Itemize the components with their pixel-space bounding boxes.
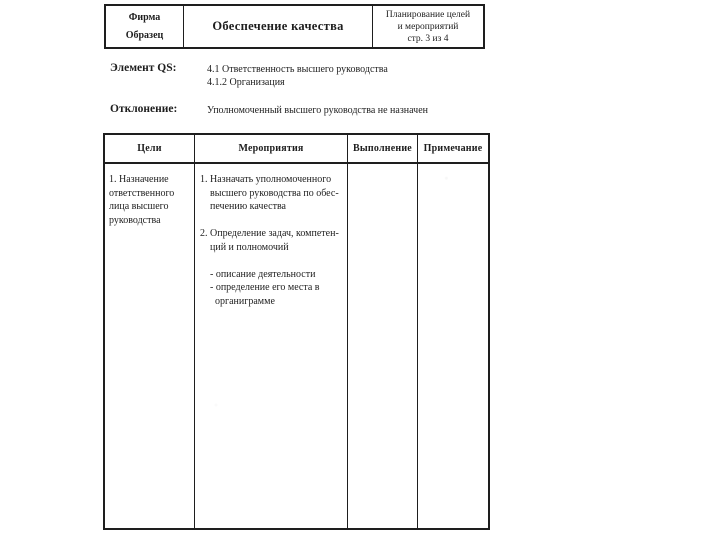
document-subject-and-page: Планирование целей и мероприятий стр. 3 … bbox=[386, 9, 470, 45]
deviation-label: Отклонение: bbox=[110, 103, 177, 115]
measures-cell: 1. Назначать уполномоченного высшего рук… bbox=[195, 164, 348, 528]
goals-measures-table: Цели Мероприятия Выполнение Примечание 1… bbox=[103, 133, 490, 530]
firm-label: Фирма bbox=[129, 12, 161, 23]
header-title-cell: Обеспечение качества bbox=[184, 6, 373, 47]
document-title: Обеспечение качества bbox=[212, 19, 343, 34]
scanned-document-page: Фирма Образец Обеспечение качества Плани… bbox=[0, 0, 720, 540]
goals-cell: 1. Назначение ответственного лица высшег… bbox=[105, 164, 195, 528]
header-subject-cell: Планирование целей и мероприятий стр. 3 … bbox=[373, 6, 483, 47]
execution-cell bbox=[348, 164, 418, 528]
qs-element-value: 4.1 Ответственность высшего руководства … bbox=[207, 63, 388, 89]
deviation-value: Уполномоченный высшего руководства не на… bbox=[207, 104, 428, 117]
qs-element-label: Элемент QS: bbox=[110, 62, 176, 74]
column-header-measures: Мероприятия bbox=[195, 135, 348, 164]
column-header-execution: Выполнение bbox=[348, 135, 418, 164]
column-header-goals: Цели bbox=[105, 135, 195, 164]
header-firm-cell: Фирма Образец bbox=[106, 6, 184, 47]
column-header-note: Примечание bbox=[418, 135, 488, 164]
document-header-table: Фирма Образец Обеспечение качества Плани… bbox=[104, 4, 485, 49]
note-cell bbox=[418, 164, 488, 528]
sample-label: Образец bbox=[126, 30, 164, 41]
